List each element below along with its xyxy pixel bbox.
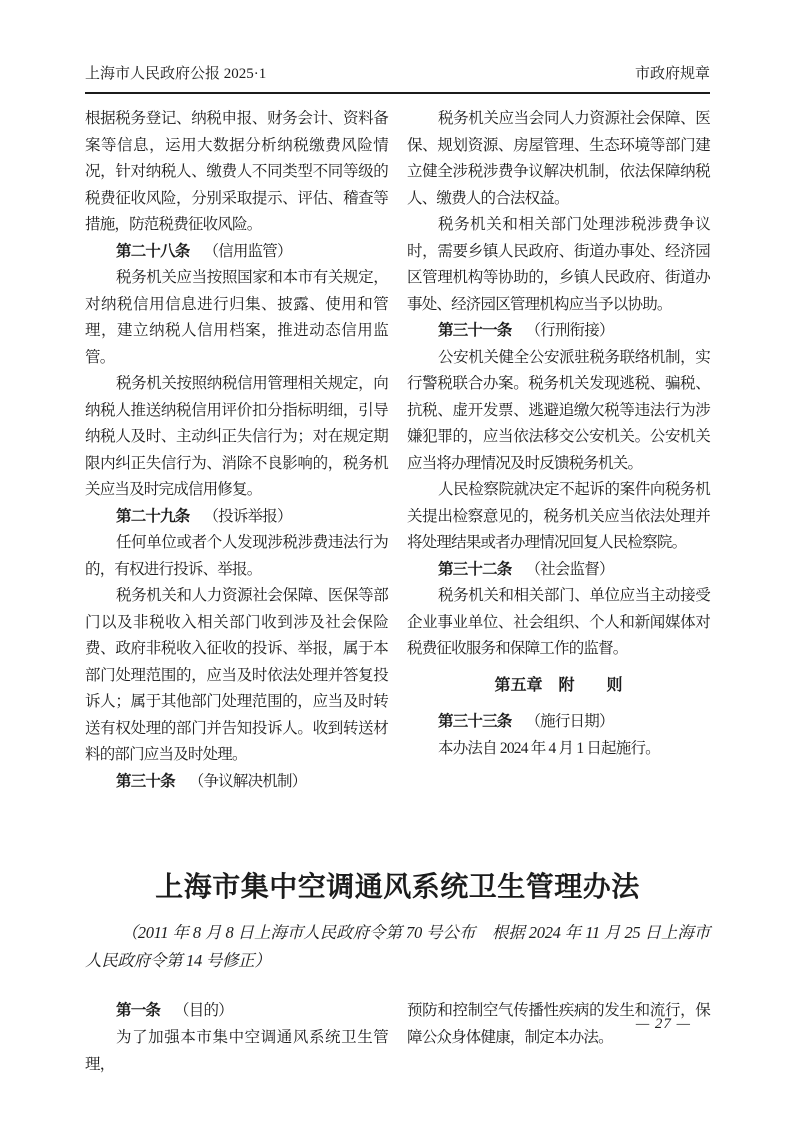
- document-title: 上海市集中空调通风系统卫生管理办法: [85, 870, 710, 906]
- article-number: 第二十九条: [116, 508, 190, 525]
- gazette-page: 上海市人民政府公报 2025·1 市政府规章 根据税务登记、纳税申报、财务会计、…: [0, 0, 793, 1122]
- paragraph: 税务机关应当会同人力资源社会保障、医保、规划资源、房屋管理、生态环境等部门建立健…: [407, 106, 710, 212]
- paragraph: 人民检察院就决定不起诉的案件向税务机关提出检察意见的，税务机关应当依法处理并将处…: [407, 477, 710, 557]
- paragraph: 税务机关和人力资源社会保障、医保等部门以及非税收入相关部门收到涉及社会保险费、政…: [85, 583, 388, 769]
- page-header: 上海市人民政府公报 2025·1 市政府规章: [85, 66, 710, 94]
- paragraph: 税务机关按照纳税信用管理相关规定，向纳税人推送纳税信用评价扣分指标明细，引导纳税…: [85, 371, 388, 504]
- hvac-doc-left-column: 第一条（目的） 为了加强本市集中空调通风系统卫生管理，: [85, 997, 388, 1078]
- paragraph: 公安机关健全公安派驻税务联络机制，实行警税联合办案。税务机关发现逃税、骗税、抗税…: [407, 345, 710, 478]
- article-title: （争议解决机制）: [189, 773, 307, 790]
- article-number: 第二十八条: [116, 243, 190, 260]
- article-heading-28: 第二十八条（信用监管）: [85, 239, 388, 266]
- paragraph: 任何单位或者个人发现涉税涉费违法行为的，有权进行投诉、举报。: [85, 530, 388, 583]
- document-subtitle: （2011 年 8 月 8 日上海市人民政府令第 70 号公布 根据 2024 …: [85, 919, 710, 975]
- article-title: （目的）: [174, 1002, 233, 1019]
- tax-doc-left-column: 根据税务登记、纳税申报、财务会计、资料备案等信息，运用大数据分析纳税缴费风险情况…: [85, 106, 388, 795]
- article-number: 第三十二条: [438, 561, 512, 578]
- tax-doc-columns: 根据税务登记、纳税申报、财务会计、资料备案等信息，运用大数据分析纳税缴费风险情况…: [85, 106, 710, 795]
- article-number: 第三十一条: [438, 322, 512, 339]
- article-heading-32: 第三十二条（社会监督）: [407, 557, 710, 584]
- tax-doc-right-column: 税务机关应当会同人力资源社会保障、医保、规划资源、房屋管理、生态环境等部门建立健…: [407, 106, 710, 795]
- chapter-heading: 第五章 附 则: [407, 673, 710, 700]
- header-gazette-title: 上海市人民政府公报 2025·1: [85, 66, 266, 82]
- article-title: （信用监管）: [203, 243, 291, 260]
- article-title: （社会监督）: [525, 561, 613, 578]
- paragraph: 根据税务登记、纳税申报、财务会计、资料备案等信息，运用大数据分析纳税缴费风险情况…: [85, 106, 388, 239]
- header-section-label: 市政府规章: [635, 66, 710, 82]
- article-heading-29: 第二十九条（投诉举报）: [85, 504, 388, 531]
- article-title: （投诉举报）: [203, 508, 291, 525]
- article-heading-33: 第三十三条（施行日期）: [407, 709, 710, 736]
- article-title: （施行日期）: [525, 713, 613, 730]
- article-heading-31: 第三十一条（行刑衔接）: [407, 318, 710, 345]
- paragraph: 税务机关应当按照国家和本市有关规定，对纳税信用信息进行归集、披露、使用和管理，建…: [85, 265, 388, 371]
- article-number: 第三十条: [116, 773, 175, 790]
- article-number: 第三十三条: [438, 713, 512, 730]
- paragraph: 税务机关和相关部门处理涉税涉费争议时，需要乡镇人民政府、街道办事处、经济园区管理…: [407, 212, 710, 318]
- page-number: — 27 —: [636, 1016, 691, 1033]
- hvac-doc-columns: 第一条（目的） 为了加强本市集中空调通风系统卫生管理， 预防和控制空气传播性疾病…: [85, 997, 710, 1078]
- article-heading-1: 第一条（目的）: [85, 997, 388, 1024]
- paragraph: 本办法自 2024 年 4 月 1 日起施行。: [407, 736, 710, 763]
- paragraph: 为了加强本市集中空调通风系统卫生管理，: [85, 1024, 388, 1078]
- paragraph: 税务机关和相关部门、单位应当主动接受企业事业单位、社会组织、个人和新闻媒体对税费…: [407, 583, 710, 663]
- article-title: （行刑衔接）: [525, 322, 613, 339]
- article-heading-30: 第三十条（争议解决机制）: [85, 769, 388, 796]
- article-number: 第一条: [116, 1002, 160, 1019]
- hvac-doc-right-column: 预防和控制空气传播性疾病的发生和流行，保障公众身体健康，制定本办法。: [407, 997, 710, 1078]
